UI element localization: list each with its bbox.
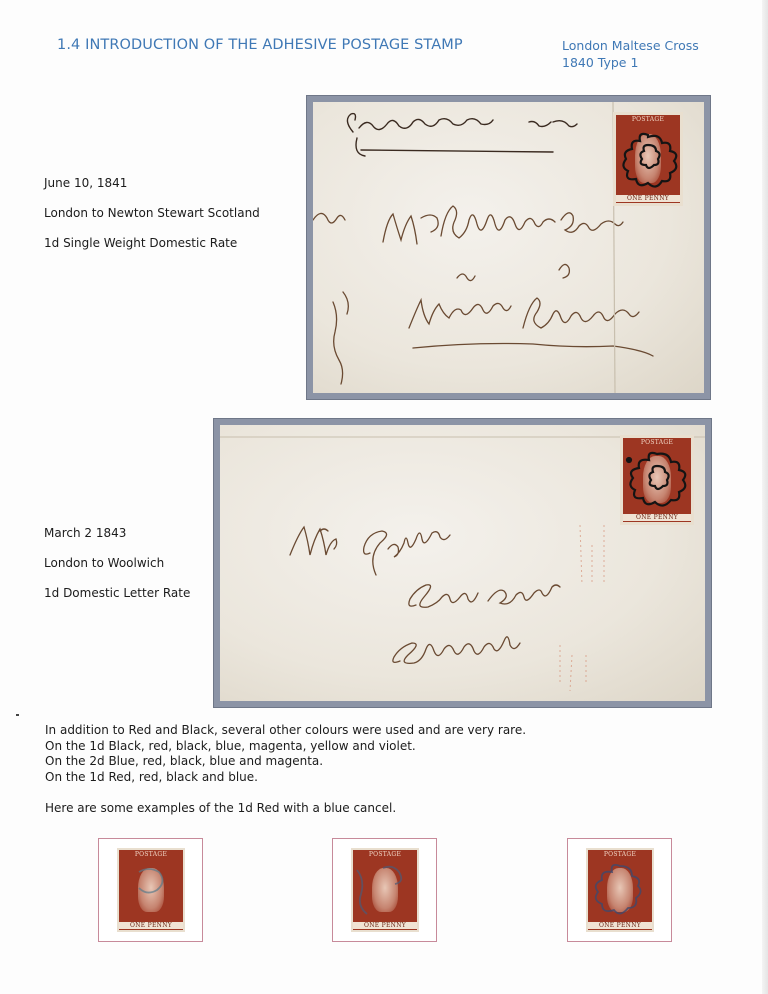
page-edge — [762, 0, 768, 994]
subtitle-line-2: 1840 Type 1 — [562, 54, 699, 71]
subtitle-line-1: London Maltese Cross — [562, 37, 699, 54]
stamp-bottom-label: ONE PENNY — [119, 922, 183, 929]
stamp-bottom-label: ONE PENNY — [353, 922, 417, 929]
cover2-stamp-bottom-label: ONE PENNY — [623, 514, 691, 521]
maltese-cross-cancel-icon — [623, 438, 691, 522]
cover1-stamp-bottom-label: ONE PENNY — [616, 195, 680, 202]
blue-cancel-icon — [353, 850, 417, 930]
notes-line-4: On the 1d Red, red, black and blue. — [45, 770, 526, 786]
stamp-bottom-label: ONE PENNY — [588, 922, 652, 929]
example-stamp-2[interactable]: POSTAGE ONE PENNY — [332, 838, 437, 942]
example-stamp-1[interactable]: POSTAGE ONE PENNY — [98, 838, 203, 942]
maltese-cross-cancel-icon — [616, 115, 680, 203]
cover2-letter-image: POSTAGE ONE PENNY — [220, 425, 705, 701]
notes-line-1: In addition to Red and Black, several ot… — [45, 723, 526, 739]
penny-red-stamp: POSTAGE ONE PENNY — [117, 848, 185, 932]
cover2-rate: 1d Domestic Letter Rate — [44, 578, 190, 608]
notes-line-3: On the 2d Blue, red, black, blue and mag… — [45, 754, 526, 770]
cover2-caption: March 2 1843 London to Woolwich 1d Domes… — [44, 518, 190, 608]
page-subtitle: London Maltese Cross 1840 Type 1 — [562, 37, 699, 71]
page-title: 1.4 INTRODUCTION OF THE ADHESIVE POSTAGE… — [57, 37, 463, 53]
cover1-rate: 1d Single Weight Domestic Rate — [44, 228, 260, 258]
cover1-caption: June 10, 1841 London to Newton Stewart S… — [44, 168, 260, 258]
example-stamp-3[interactable]: POSTAGE ONE PENNY — [567, 838, 672, 942]
stray-mark — [16, 714, 19, 716]
cover2-mount[interactable]: POSTAGE ONE PENNY — [213, 418, 712, 708]
notes-line-5: Here are some examples of the 1d Red wit… — [45, 801, 526, 817]
cover2-route: London to Woolwich — [44, 548, 190, 578]
penny-red-stamp: POSTAGE ONE PENNY — [351, 848, 419, 932]
cover1-stamp: POSTAGE ONE PENNY — [613, 112, 683, 206]
cover1-date: June 10, 1841 — [44, 168, 260, 198]
notes-text: In addition to Red and Black, several ot… — [45, 723, 526, 816]
blue-cancel-icon — [588, 850, 652, 930]
cover2-date: March 2 1843 — [44, 518, 190, 548]
cover2-stamp: POSTAGE ONE PENNY — [620, 435, 694, 525]
cover1-letter-image: POSTAGE ONE PENNY — [313, 102, 704, 393]
blue-cancel-icon — [119, 850, 183, 930]
cover1-route: London to Newton Stewart Scotland — [44, 198, 260, 228]
cover1-mount[interactable]: POSTAGE ONE PENNY — [306, 95, 711, 400]
penny-red-stamp: POSTAGE ONE PENNY — [586, 848, 654, 932]
notes-line-2: On the 1d Black, red, black, blue, magen… — [45, 739, 526, 755]
